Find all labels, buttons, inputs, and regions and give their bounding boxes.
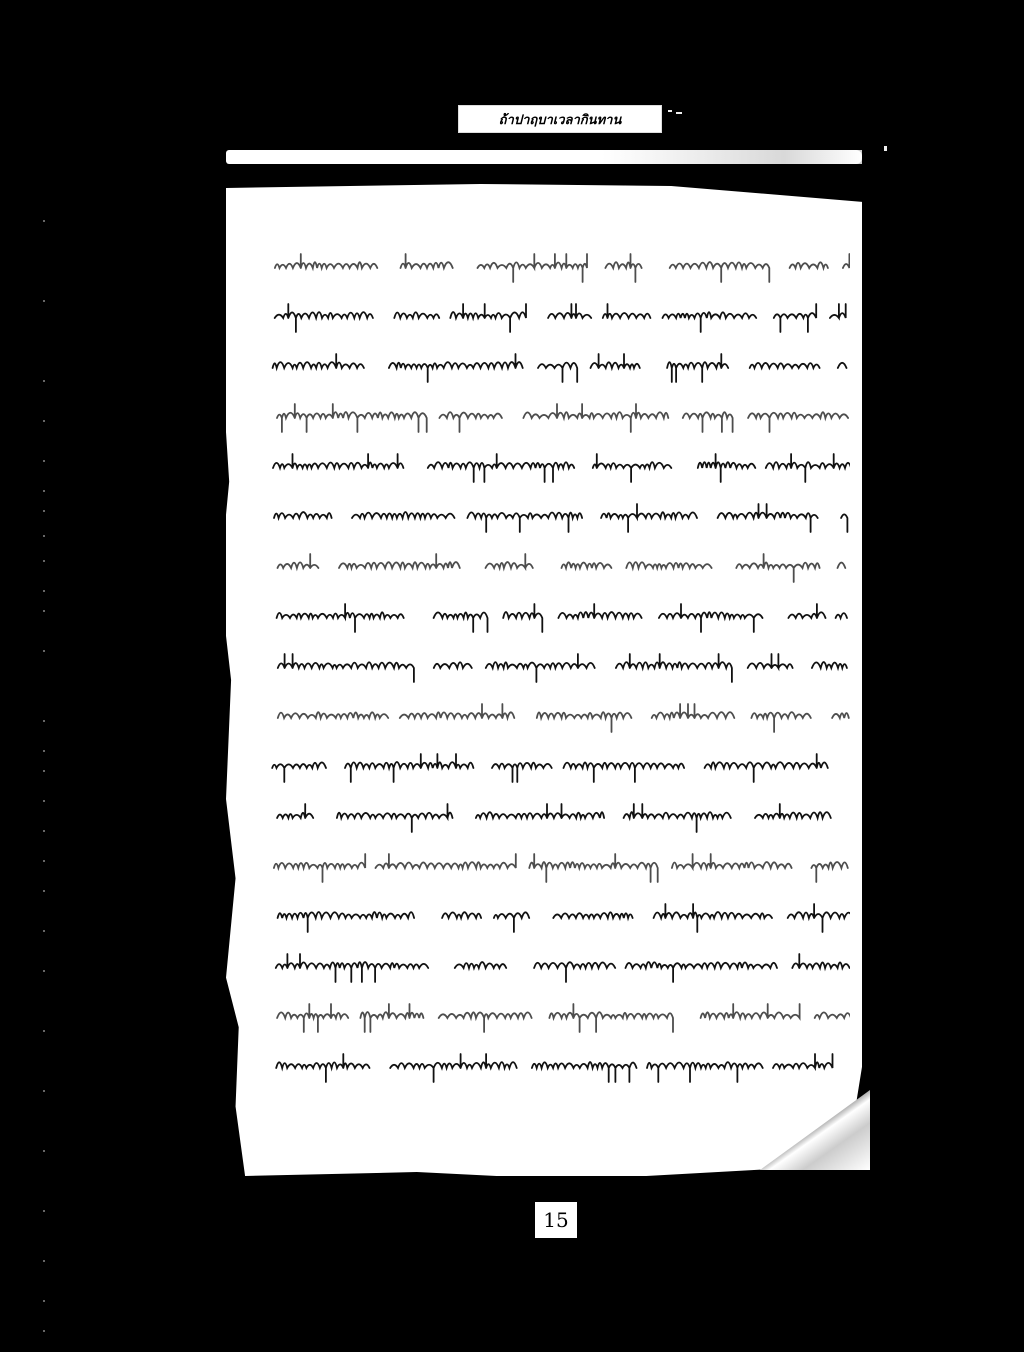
manuscript-line [270,448,850,484]
manuscript-line [270,348,850,384]
margin-dot [43,1300,45,1302]
margin-dot [43,380,45,382]
manuscript-line [270,898,850,934]
margin-dot [43,220,45,222]
margin-dot [43,750,45,752]
manuscript-line [270,548,850,584]
margin-dot [43,460,45,462]
manuscript-line [270,798,850,834]
margin-dot [43,650,45,652]
margin-dot [43,720,45,722]
speck [668,110,672,112]
margin-dot [43,510,45,512]
margin-dot [43,535,45,537]
manuscript-line [270,748,850,784]
speck [676,112,682,114]
manuscript-line [270,398,850,434]
margin-dot [43,1090,45,1092]
margin-dot [43,590,45,592]
manuscript-line [270,248,850,284]
margin-dot [43,490,45,492]
manuscript-line [270,498,850,534]
speck [884,146,887,151]
margin-dot [43,860,45,862]
manuscript-line [270,598,850,634]
margin-dot [43,560,45,562]
margin-dot [43,1210,45,1212]
manuscript-top-strip [226,150,862,164]
manuscript-line [270,698,850,734]
margin-dot [43,830,45,832]
margin-dot [43,770,45,772]
manuscript-line [270,1048,850,1084]
margin-dot [43,1260,45,1262]
manuscript-line [270,298,850,334]
margin-dot [43,610,45,612]
page-number: 15 [535,1202,577,1238]
margin-dot [43,1330,45,1332]
manuscript-line [270,948,850,984]
margin-dot [43,300,45,302]
margin-dot [43,800,45,802]
margin-dot [43,1030,45,1032]
margin-dot [43,970,45,972]
margin-dot [43,890,45,892]
margin-dot [43,1150,45,1152]
manuscript-line [270,648,850,684]
title-label: ถ้าปาฤบาเวลากินทาน [459,106,661,132]
manuscript-line [270,848,850,884]
margin-dot [43,420,45,422]
margin-dot [43,930,45,932]
manuscript-line [270,998,850,1034]
